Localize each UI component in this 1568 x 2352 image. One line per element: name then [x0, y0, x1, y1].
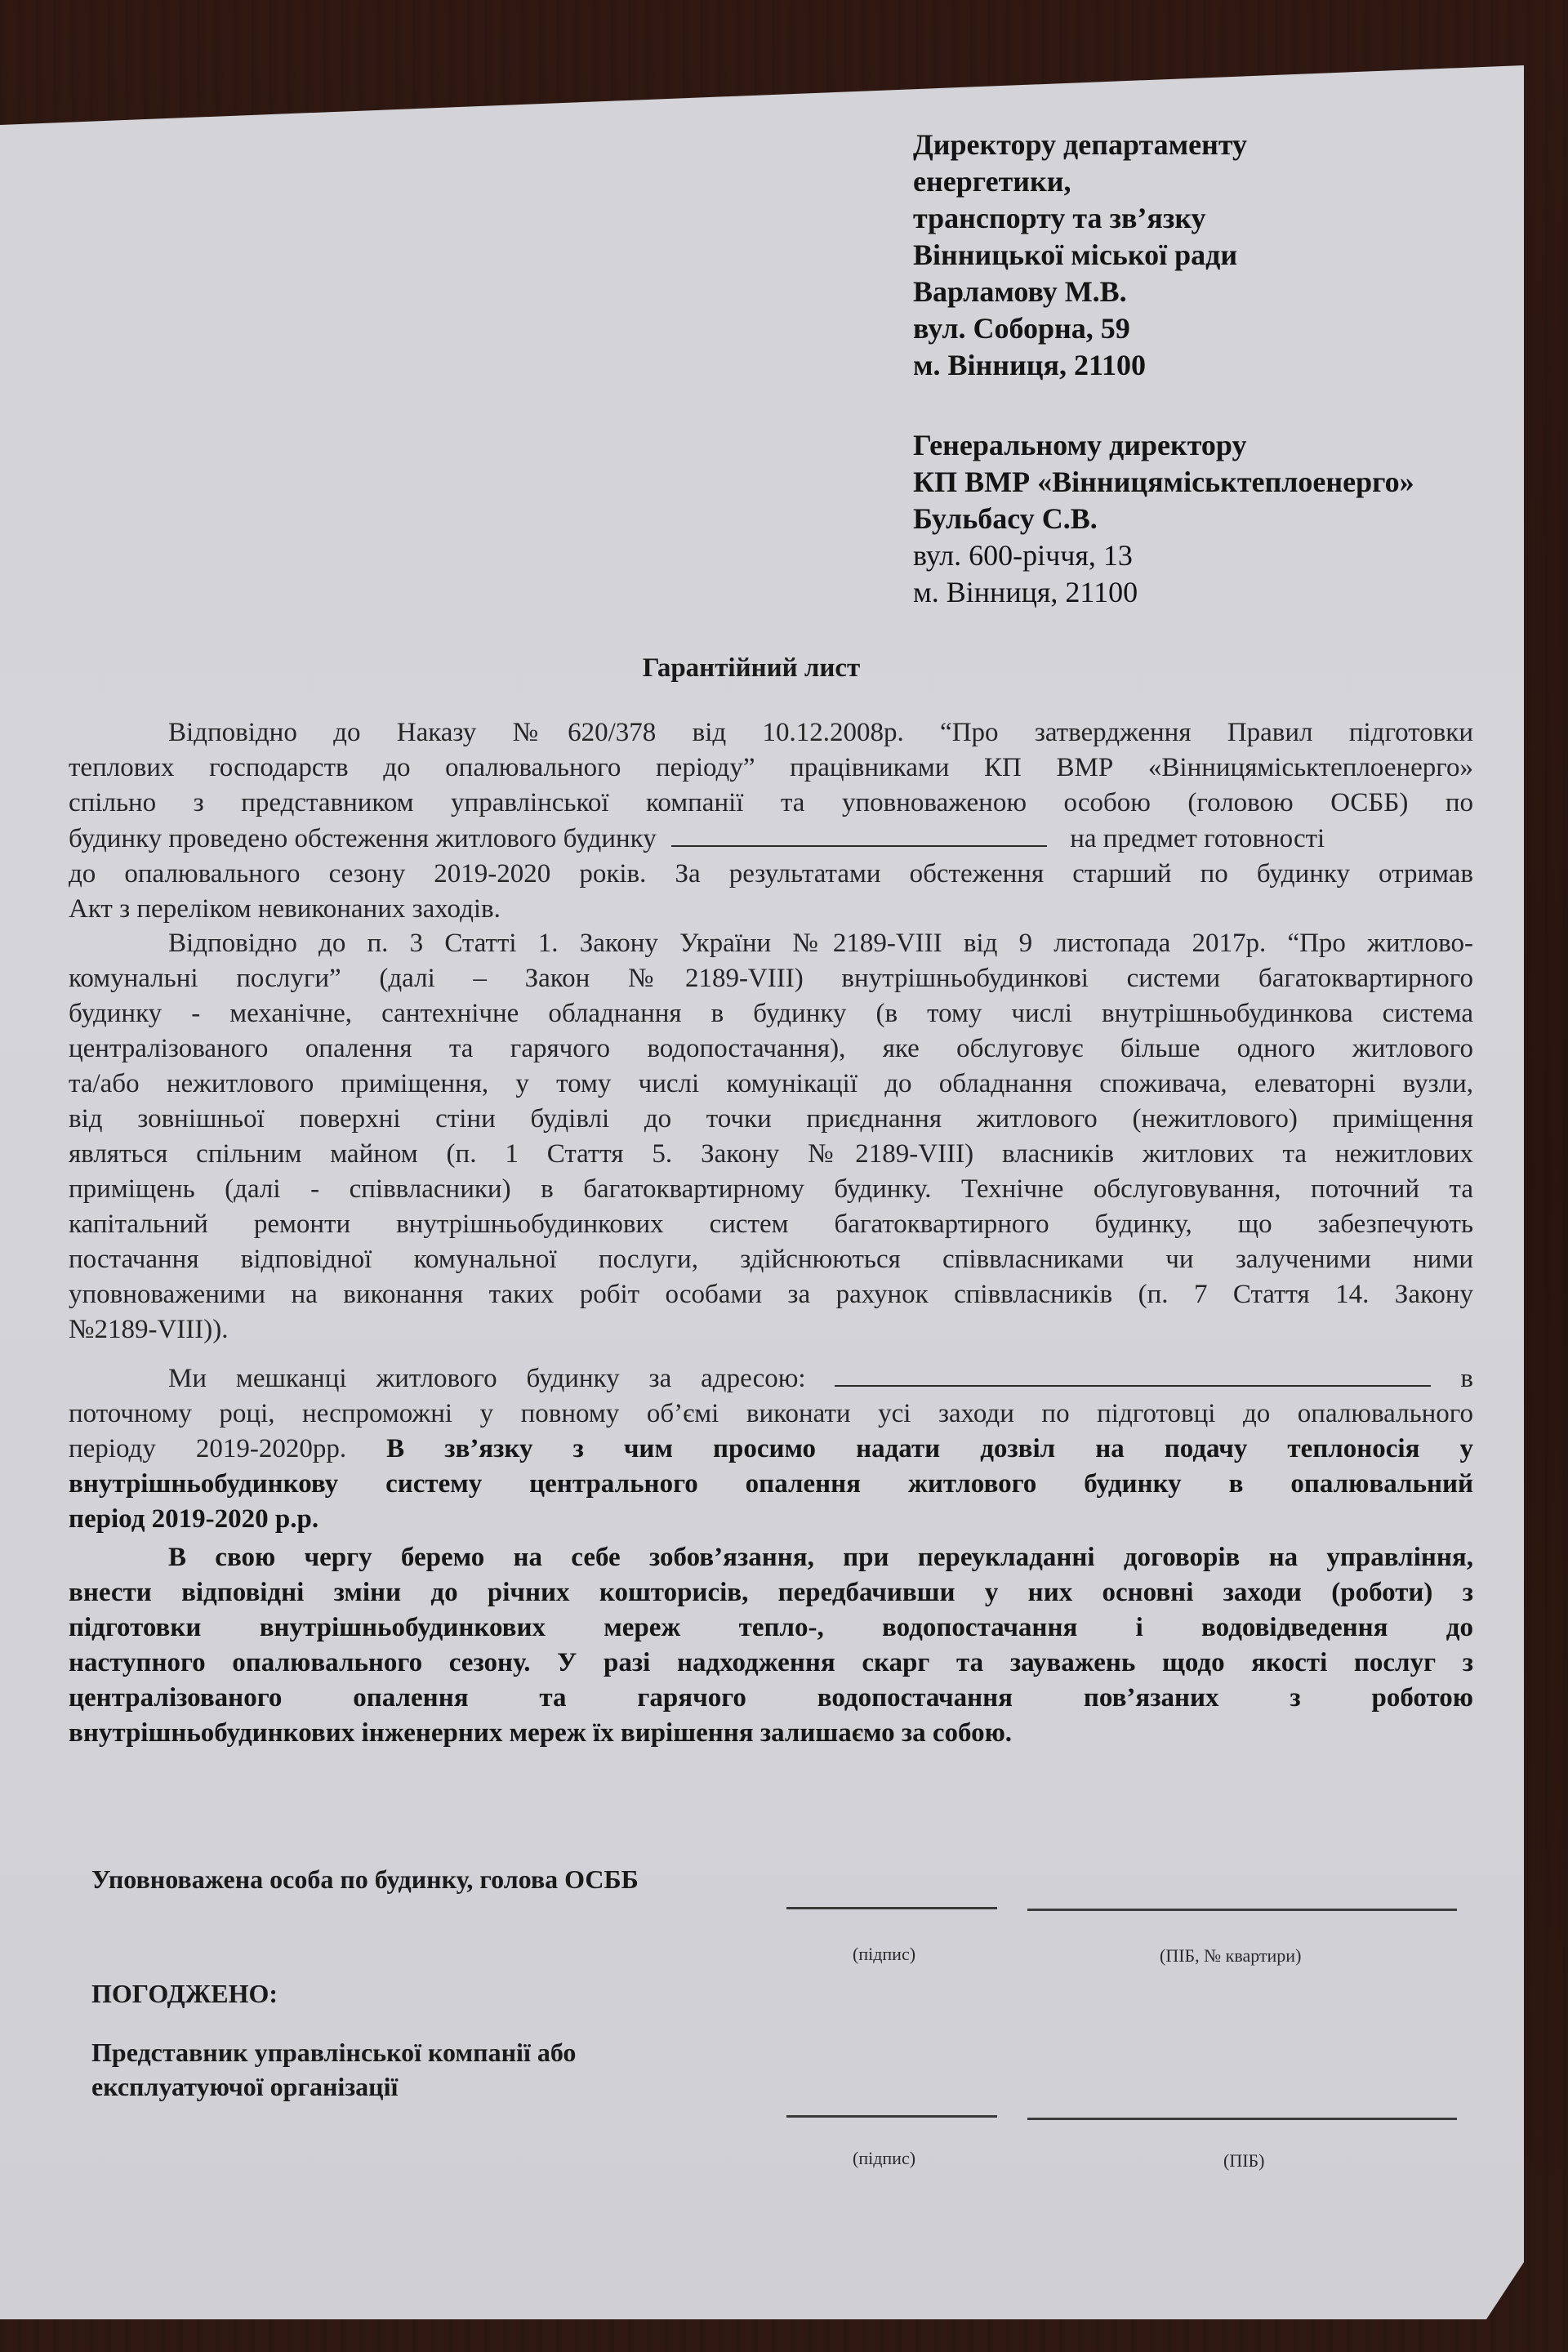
text-line: приміщень (далі - співвласники) в багато…	[69, 1172, 1473, 1207]
recipient-line: Бульбасу С.В.	[913, 501, 1414, 537]
text-line: будинку проведено обстеження житлового б…	[69, 821, 1473, 857]
text-line-bold: наступного опалювального сезону. У разі …	[69, 1646, 1473, 1681]
text-line: Відповідно до п. 3 Статті 1. Закону Укра…	[69, 926, 1473, 961]
text-line: являться спільним майном (п. 1 Стаття 5.…	[69, 1137, 1473, 1172]
text-line-bold: В свою чергу беремо на себе зобов’язання…	[69, 1540, 1473, 1575]
osbb-signature-line[interactable]	[786, 1907, 997, 1909]
text-line-bold: централізованого опалення та гарячого во…	[69, 1681, 1473, 1716]
representative-label-line: Представник управлінської компанії або	[91, 2035, 576, 2069]
representative-name-caption: (ПІБ)	[1223, 2150, 1265, 2172]
recipient-line: транспорту та зв’язку	[913, 200, 1247, 237]
representative-signature-caption: (підпис)	[853, 2148, 915, 2169]
text-line: періоду 2019-2020рр. В зв’язку з чим про…	[69, 1432, 1473, 1467]
text-fragment: на предмет готовності	[1070, 824, 1325, 853]
text-line: Акт з переліком невиконаних заходів.	[69, 892, 1473, 927]
text-line: Відповідно до Наказу №620/378 від 10.12.…	[69, 715, 1473, 751]
text-line-bold: підготовки внутрішньобудинкових мереж те…	[69, 1610, 1473, 1646]
text-line: та/або нежитлового приміщення, у тому чи…	[69, 1067, 1473, 1102]
text-fragment: в	[1460, 1364, 1473, 1393]
osbb-signatory-label: Уповноважена особа по будинку, голова ОС…	[91, 1862, 639, 1896]
text-line: №2189-VIII)).	[69, 1312, 1473, 1347]
text-line: уповноваженими на виконання таких робіт …	[69, 1277, 1473, 1312]
text-line: спільно з представником управлінської ко…	[69, 786, 1473, 821]
recipient-line: вул. 600-річчя, 13	[913, 537, 1414, 574]
document-page: Директору департаменту енергетики, транс…	[0, 65, 1524, 2319]
text-line: централізованого опалення та гарячого во…	[69, 1031, 1473, 1067]
recipient-block-general-director: Генеральному директору КП ВМР «Вінницямі…	[913, 427, 1414, 611]
recipient-line: Вінницької міської ради	[913, 237, 1247, 274]
recipient-line: Генеральному директору	[913, 427, 1414, 464]
residence-address-blank-field[interactable]	[835, 1361, 1431, 1387]
recipient-line: м. Вінниця, 21100	[913, 347, 1247, 384]
recipient-line: м. Вінниця, 21100	[913, 574, 1414, 611]
approved-label: ПОГОДЖЕНО:	[91, 1976, 278, 2011]
paragraph-inspection: Відповідно до Наказу №620/378 від 10.12.…	[69, 715, 1473, 927]
osbb-name-apartment-line[interactable]	[1027, 1909, 1457, 1911]
recipient-block-director-energy: Директору департаменту енергетики, транс…	[913, 127, 1247, 384]
text-line-bold: внести відповідні зміни до річних коштор…	[69, 1575, 1473, 1610]
recipient-line: Варламову М.В.	[913, 274, 1247, 310]
paragraph-obligations: В свою чергу беремо на себе зобов’язання…	[69, 1540, 1473, 1751]
text-fragment: Ми мешканці житлового будинку за адресою…	[168, 1364, 806, 1393]
paragraph-request: Ми мешканці житлового будинку за адресою…	[69, 1361, 1473, 1537]
text-fragment: будинку проведено обстеження житлового б…	[69, 824, 657, 853]
text-line-bold: внутрішньобудинкових інженерних мереж їх…	[69, 1716, 1473, 1751]
text-line: теплових господарств до опалювального пе…	[69, 751, 1473, 786]
text-fragment: періоду 2019-2020рр.	[69, 1434, 346, 1463]
recipient-line: вул. Соборна, 59	[913, 310, 1247, 347]
paragraph-law-reference: Відповідно до п. 3 Статті 1. Закону Укра…	[69, 926, 1473, 1347]
text-fragment-bold: В зв’язку з чим просимо надати дозвіл на…	[386, 1434, 1473, 1463]
representative-name-line[interactable]	[1027, 2118, 1457, 2120]
text-line: від зовнішньої поверхні стіни будівлі до…	[69, 1102, 1473, 1137]
representative-label: Представник управлінської компанії або е…	[91, 2035, 576, 2104]
representative-signature-line[interactable]	[786, 2115, 997, 2118]
osbb-signature-caption: (підпис)	[853, 1944, 915, 1965]
recipient-line: Директору департаменту	[913, 127, 1247, 163]
text-line: комунальні послуги” (далі – Закон №2189-…	[69, 961, 1473, 996]
document-title: Гарантійний лист	[0, 653, 1503, 684]
text-line: постачання відповідної комунальної послу…	[69, 1242, 1473, 1277]
text-line-bold: внутрішньобудинкову систему центрального…	[69, 1467, 1473, 1502]
text-line: до опалювального сезону 2019-2020 років.…	[69, 857, 1473, 892]
recipient-line: КП ВМР «Вінницяміськтеплоенерго»	[913, 464, 1414, 501]
recipient-line: енергетики,	[913, 163, 1247, 200]
text-line: капітальний ремонти внутрішньобудинкових…	[69, 1207, 1473, 1242]
text-line-bold: період 2019-2020 р.р.	[69, 1502, 1473, 1537]
text-line: Ми мешканці житлового будинку за адресою…	[69, 1361, 1473, 1396]
text-line: будинку - механічне, сантехнічне обладна…	[69, 996, 1473, 1031]
building-address-blank-field[interactable]	[671, 821, 1047, 847]
text-line: поточному році, неспроможні у повному об…	[69, 1396, 1473, 1432]
osbb-name-caption: (ПІБ, № квартири)	[1160, 1945, 1301, 1967]
representative-label-line: експлуатуючої організації	[91, 2069, 576, 2104]
